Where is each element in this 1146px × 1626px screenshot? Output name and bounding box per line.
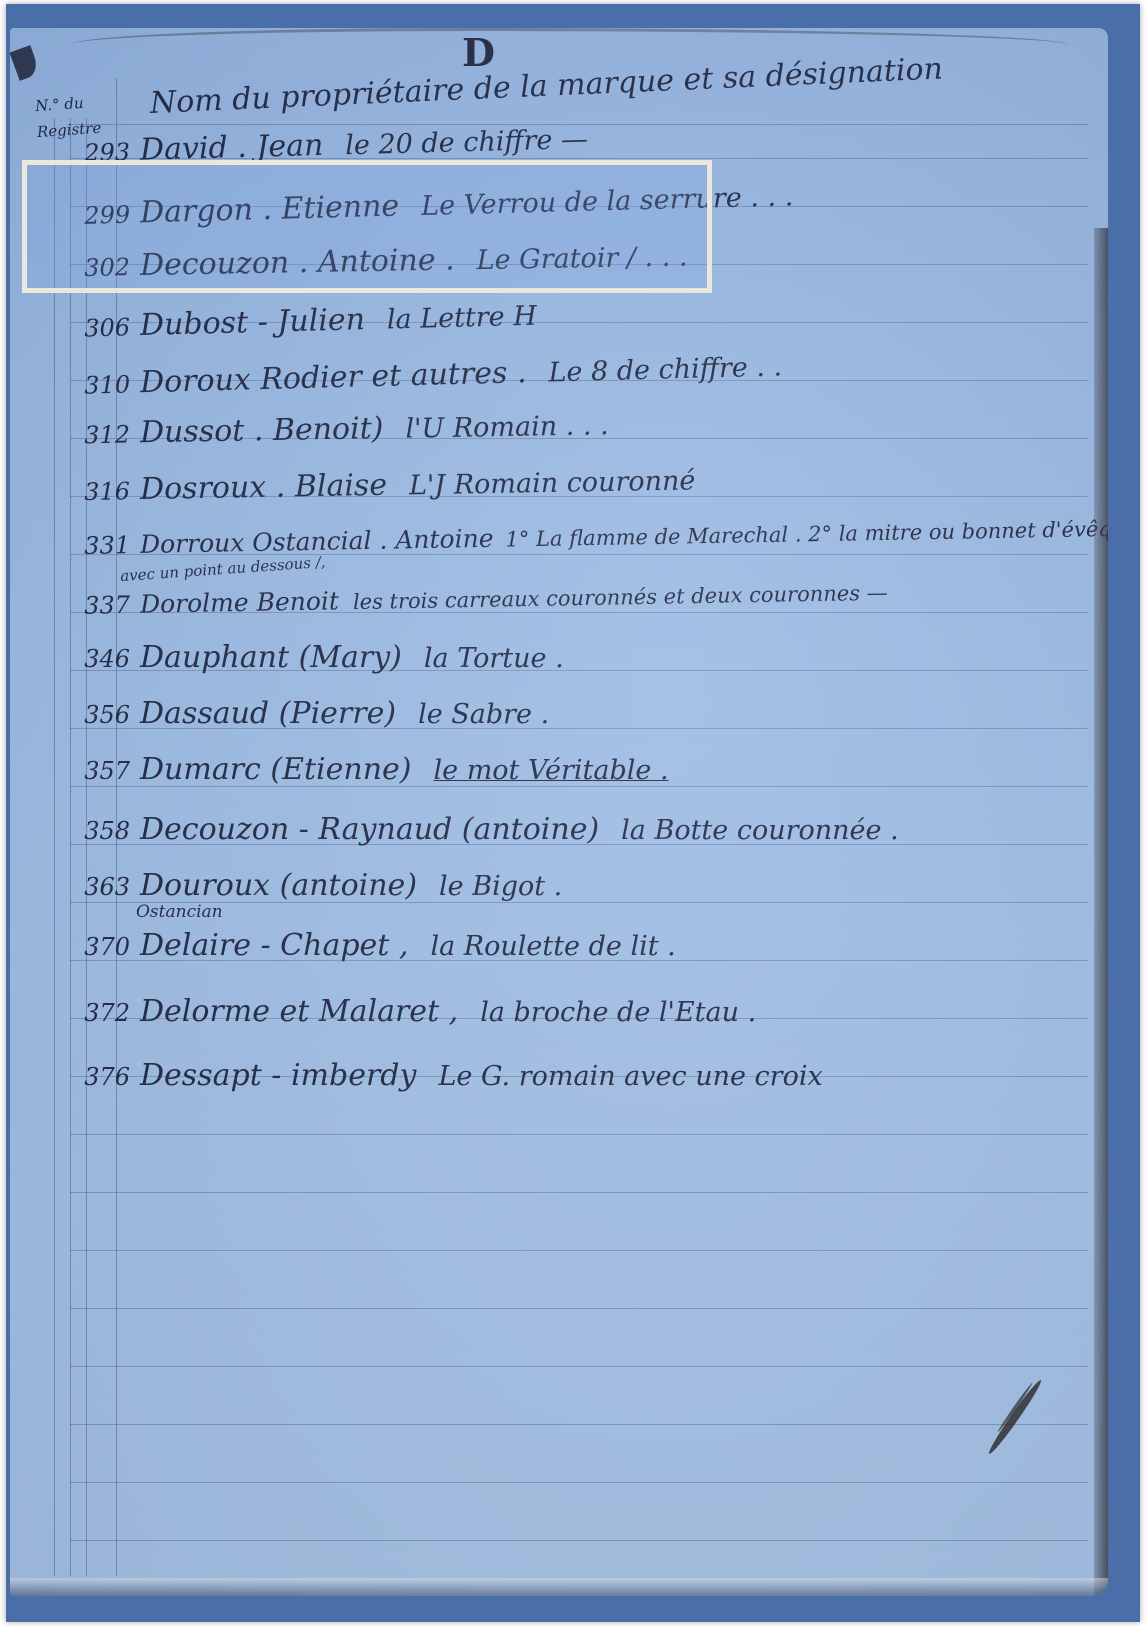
entry-mark: le Bigot . [439,871,562,902]
entry-mark: la Botte couronnée . [621,815,899,846]
ink-stain [997,1382,1034,1433]
entry-mark: 1° La flamme de Marechal . 2° la mitre o… [505,517,1108,552]
entry-owner: Douroux (antoine) [140,868,417,903]
entry-owner: Dussot . Benoit) [140,411,384,450]
register-entry: 337 Dorolme Benoit les trois carreaux co… [50,577,888,621]
ruled-line [70,1366,1088,1367]
entry-mark: Le 8 de chiffre . . [548,351,782,388]
page-right-edge [1094,228,1108,1596]
entry-number: 357 [50,757,140,785]
entry-number: 337 [50,591,140,621]
entry-owner: Dubost - Julien [140,302,366,343]
entry-owner: Dumarc (Etienne) [140,752,412,787]
ruled-line [70,1482,1088,1483]
entry-mark: la broche de l'Etau . [480,997,756,1028]
entry-mark: la Lettre H [387,301,538,336]
torn-bottom-edge [10,1578,1108,1596]
entry-mark: le Sabre . [418,699,549,730]
entry-owner: Delaire - Chapet , [140,928,408,963]
entry-number: 306 [50,313,141,343]
ruled-line [70,1540,1088,1541]
entry-mark: les trois carreaux couronnés et deux cou… [353,581,888,614]
register-entry: 370 Delaire - Chapet , la Roulette de li… [50,928,676,963]
ink-stain [986,1378,1044,1456]
register-entry: 346 Dauphant (Mary) la Tortue . [50,640,564,675]
entry-note: Ostancian [136,902,223,922]
register-entry: 372 Delorme et Malaret , la broche de l'… [50,994,756,1029]
register-entry: 306 Dubost - Julien la Lettre H [50,298,538,346]
entry-mark: Le G. romain avec une croix [438,1061,822,1092]
entry-number: 310 [50,370,141,400]
entry-number: 363 [50,873,140,901]
entry-number: 312 [50,420,140,450]
letter-heading: D [462,30,495,75]
entry-owner: Dassaud (Pierre) [140,696,396,731]
entry-owner: Dosroux . Blaise [140,468,388,507]
ruled-line [70,1192,1088,1193]
column-header-owner-mark: Nom du propriétaire de la marque et sa d… [149,50,970,121]
register-entry: 376 Dessapt - imberdy Le G. romain avec … [50,1058,823,1093]
register-entry: 312 Dussot . Benoit) l'U Romain . . . [50,407,609,452]
entry-owner: Dorolme Benoit [140,586,339,618]
entry-mark: le mot Véritable . [434,755,669,786]
register-entry: 316 Dosroux . Blaise L'J Romain couronné [50,462,696,508]
entry-mark: la Tortue . [424,643,564,674]
entry-number: 376 [50,1063,140,1091]
entry-number: 370 [50,933,140,961]
entry-mark: le 20 de chiffre — [345,124,588,161]
entry-number: 316 [50,477,140,507]
entry-number: 346 [50,645,140,673]
entry-mark: l'U Romain . . . [405,410,609,445]
entry-number: 358 [50,817,140,845]
ruled-line [70,1134,1088,1135]
ruled-line [70,1250,1088,1251]
torn-top-edge [70,28,1070,45]
entry-number: 331 [50,531,140,561]
entry-number: 372 [50,999,140,1027]
register-entry: 356 Dassaud (Pierre) le Sabre . [50,696,549,731]
entry-owner: Decouzon - Raynaud (antoine) [140,812,599,847]
register-entry: 310 Doroux Rodier et autres . Le 8 de ch… [50,348,783,402]
register-entry: 363 Douroux (antoine) le Bigot . [50,868,562,903]
entry-mark: L'J Romain couronné [409,465,696,501]
entry-number: 356 [50,701,140,729]
entry-owner: Dessapt - imberdy [140,1058,416,1093]
register-entry: 357 Dumarc (Etienne) le mot Véritable . [50,752,669,787]
entry-mark: la Roulette de lit . [430,931,675,962]
highlight-box [22,160,712,293]
ruled-line [70,1424,1088,1425]
register-entry: 358 Decouzon - Raynaud (antoine) la Bott… [50,812,899,847]
entry-owner: Doroux Rodier et autres . [140,355,527,400]
ruled-line [70,1308,1088,1309]
page-corner [10,45,40,81]
entry-owner: Dauphant (Mary) [140,640,402,675]
entry-owner: Delorme et Malaret , [140,994,458,1029]
